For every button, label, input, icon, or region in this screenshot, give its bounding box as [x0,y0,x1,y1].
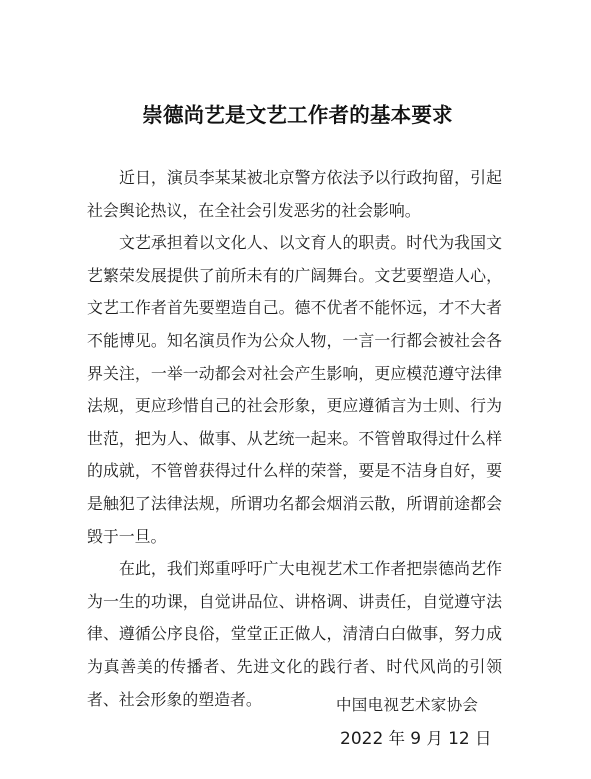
date-month-unit: 月 [426,729,443,748]
signature-organization: 中国电视艺术家协会 [336,692,491,718]
date-day: 12 [448,729,470,749]
signature-block: 中国电视艺术家协会 2022 年 9 月 12 日 [336,692,491,752]
date-month: 9 [410,729,421,749]
date-day-unit: 日 [475,729,492,748]
document-body: 近日，演员李某某被北京警方依法予以行政拘留，引起社会舆论热议，在全社会引发恶劣的… [87,162,502,716]
date-year: 2022 [340,729,383,749]
signature-date: 2022 年 9 月 12 日 [340,726,491,752]
paragraph-1: 近日，演员李某某被北京警方依法予以行政拘留，引起社会舆论热议，在全社会引发恶劣的… [87,162,502,227]
document-title: 崇德尚艺是文艺工作者的基本要求 [0,101,591,129]
document-page: 崇德尚艺是文艺工作者的基本要求 近日，演员李某某被北京警方依法予以行政拘留，引起… [0,0,591,779]
date-year-unit: 年 [389,729,406,748]
paragraph-2: 文艺承担着以文化人、以文育人的职责。时代为我国文艺繁荣发展提供了前所未有的广阔舞… [87,227,502,553]
